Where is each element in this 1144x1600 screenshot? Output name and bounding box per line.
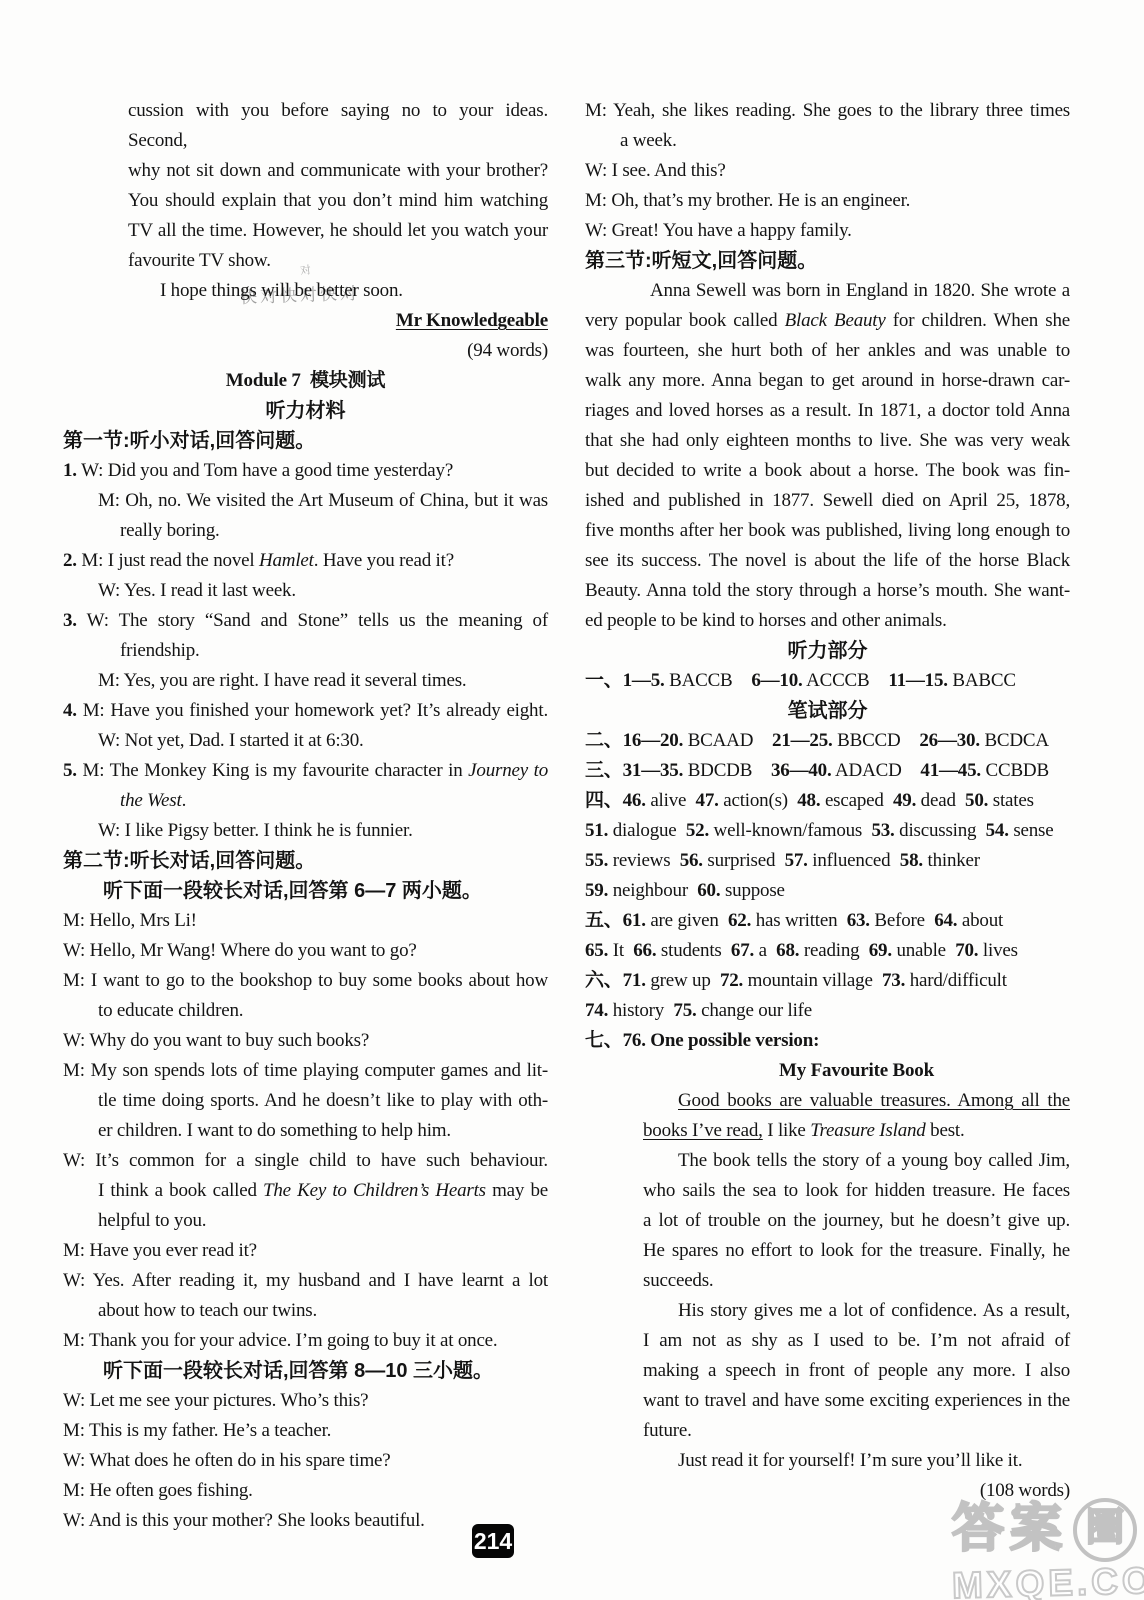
text-line: W: Why do you want to buy such books? (63, 1026, 548, 1056)
text-line: friendship. (63, 636, 548, 666)
text-line: His story gives me a lot of confidence. … (585, 1296, 1070, 1326)
text-line: W: Let me see your pictures. Who’s this? (63, 1386, 548, 1416)
text-line: a lot of trouble on the journey, but he … (585, 1206, 1070, 1236)
text-line: 5. M: The Monkey King is my favourite ch… (63, 756, 548, 786)
text-line: TV all the time. However, he should let … (63, 216, 548, 246)
left-column: cussion with you before saying no to you… (63, 96, 548, 1536)
text-line: 65. It 66. students 67. a 68. reading 69… (585, 936, 1070, 966)
text-line: 六、71. grew up 72. mountain village 73. h… (585, 966, 1070, 996)
text-line: tle time doing sports. And he doesn’t li… (63, 1086, 548, 1116)
text-line: Beauty. Anna told the story through a ho… (585, 576, 1070, 606)
text-line: He spares no effort to look for the trea… (585, 1236, 1070, 1266)
text-line: 59. neighbour 60. suppose (585, 876, 1070, 906)
text-line: Mr Knowledgeable (63, 306, 548, 336)
text-line: 第一节:听小对话,回答问题。 (63, 426, 548, 456)
text-line: M: My son spends lots of time playing co… (63, 1056, 548, 1086)
text-line: Module 7 模块测试 (63, 366, 548, 396)
text-line: W: Great! You have a happy family. (585, 216, 1070, 246)
text-line: favourite TV show. (63, 246, 548, 276)
site-watermark-url: MXQE.COM (952, 1560, 1144, 1600)
text-line: (94 words) (63, 336, 548, 366)
text-line: 3. W: The story “Sand and Stone” tells u… (63, 606, 548, 636)
text-line: W: Yes. After reading it, my husband and… (63, 1266, 548, 1296)
text-line: books I’ve read, I like Treasure Island … (585, 1116, 1070, 1146)
text-line: ished and published in 1877. Sewell died… (585, 486, 1070, 516)
text-line: succeeds. (585, 1266, 1070, 1296)
text-line: future. (585, 1416, 1070, 1446)
text-line: the West. (63, 786, 548, 816)
text-line: but decided to write a book about a hors… (585, 456, 1070, 486)
text-line: a week. (585, 126, 1070, 156)
site-watermark-logo: 答案圈 (952, 1498, 1144, 1562)
text-line: I think a book called The Key to Childre… (63, 1176, 548, 1206)
text-line: 听力材料 (63, 396, 548, 426)
text-line: 笔试部分 (585, 696, 1070, 726)
right-column: M: Yeah, she likes reading. She goes to … (585, 96, 1070, 1506)
text-line: ed people to be kind to horses and other… (585, 606, 1070, 636)
text-line: M: Oh, that’s my brother. He is an engin… (585, 186, 1070, 216)
text-line: why not sit down and communicate with yo… (63, 156, 548, 186)
text-line: really boring. (63, 516, 548, 546)
text-line: My Favourite Book (585, 1056, 1070, 1086)
text-line: er children. I want to do something to h… (63, 1116, 548, 1146)
text-line: helpful to you. (63, 1206, 548, 1236)
text-line: see its success. The novel is about the … (585, 546, 1070, 576)
text-line: 55. reviews 56. surprised 57. influenced… (585, 846, 1070, 876)
text-line: 听下面一段较长对话,回答第 8—10 三小题。 (63, 1356, 548, 1386)
text-line: The book tells the story of a young boy … (585, 1146, 1070, 1176)
text-line: who sails the sea to look for hidden tre… (585, 1176, 1070, 1206)
text-line: very popular book called Black Beauty fo… (585, 306, 1070, 336)
text-line: W: I like Pigsy better. I think he is fu… (63, 816, 548, 846)
text-line: 二、16—20. BCAAD 21—25. BBCCD 26—30. BCDCA (585, 726, 1070, 756)
site-watermark-circled-char: 圈 (1073, 1498, 1137, 1562)
scanned-answer-page: 对 快对快对快对 cussion with you before saying … (0, 0, 1144, 1600)
text-line: 四、46. alive 47. action(s) 48. escaped 49… (585, 786, 1070, 816)
text-line: 七、76. One possible version: (585, 1026, 1070, 1056)
text-line: 听下面一段较长对话,回答第 6—7 两小题。 (63, 876, 548, 906)
text-line: Just read it for yourself! I’m sure you’… (585, 1446, 1070, 1476)
text-line: 51. dialogue 52. well-known/famous 53. d… (585, 816, 1070, 846)
text-line: W: I see. And this? (585, 156, 1070, 186)
text-line: W: Hello, Mr Wang! Where do you want to … (63, 936, 548, 966)
text-line: Anna Sewell was born in England in 1820.… (585, 276, 1070, 306)
text-line: riages and loved horses as a result. In … (585, 396, 1070, 426)
text-line: five months after her book was published… (585, 516, 1070, 546)
text-line: You should explain that you don’t mind h… (63, 186, 548, 216)
text-line: M: Oh, no. We visited the Art Museum of … (63, 486, 548, 516)
text-line: 听力部分 (585, 636, 1070, 666)
text-line: 一、1—5. BACCB 6—10. ACCCB 11—15. BABCC (585, 666, 1070, 696)
text-line: I hope things will be better soon. (63, 276, 548, 306)
text-line: Good books are valuable treasures. Among… (585, 1086, 1070, 1116)
page-number-badge: 214 (472, 1524, 514, 1558)
text-line: about how to teach our twins. (63, 1296, 548, 1326)
text-line: M: This is my father. He’s a teacher. (63, 1416, 548, 1446)
text-line: I am not as shy as I used to be. I’m not… (585, 1326, 1070, 1356)
site-watermark-text: 答案 (952, 1500, 1068, 1558)
text-line: M: He often goes fishing. (63, 1476, 548, 1506)
text-line: cussion with you before saying no to you… (63, 96, 548, 156)
text-line: M: Yes, you are right. I have read it se… (63, 666, 548, 696)
text-line: 三、31—35. BDCDB 36—40. ADACD 41—45. CCBDB (585, 756, 1070, 786)
text-line: want to travel and have some exciting ex… (585, 1386, 1070, 1416)
text-line: 1. W: Did you and Tom have a good time y… (63, 456, 548, 486)
text-line: to educate children. (63, 996, 548, 1026)
text-line: 第二节:听长对话,回答问题。 (63, 846, 548, 876)
text-line: was fourteen, she hurt both of her ankle… (585, 336, 1070, 366)
text-line: M: I want to go to the bookshop to buy s… (63, 966, 548, 996)
text-line: M: Yeah, she likes reading. She goes to … (585, 96, 1070, 126)
text-line: 第三节:听短文,回答问题。 (585, 246, 1070, 276)
text-line: making a speech in front of people any m… (585, 1356, 1070, 1386)
text-line: W: What does he often do in his spare ti… (63, 1446, 548, 1476)
text-line: 4. M: Have you finished your homework ye… (63, 696, 548, 726)
text-line: W: Not yet, Dad. I started it at 6:30. (63, 726, 548, 756)
text-line: M: Hello, Mrs Li! (63, 906, 548, 936)
text-line: W: It’s common for a single child to hav… (63, 1146, 548, 1176)
text-line: M: Have you ever read it? (63, 1236, 548, 1266)
text-line: 五、61. are given 62. has written 63. Befo… (585, 906, 1070, 936)
text-line: 74. history 75. change our life (585, 996, 1070, 1026)
site-watermark: 答案圈 MXQE.COM (952, 1498, 1144, 1600)
text-line: W: Yes. I read it last week. (63, 576, 548, 606)
text-line: 2. M: I just read the novel Hamlet. Have… (63, 546, 548, 576)
text-line: M: Thank you for your advice. I’m going … (63, 1326, 548, 1356)
text-line: that she had only eighteen months to liv… (585, 426, 1070, 456)
text-line: walk any more. Anna began to get around … (585, 366, 1070, 396)
